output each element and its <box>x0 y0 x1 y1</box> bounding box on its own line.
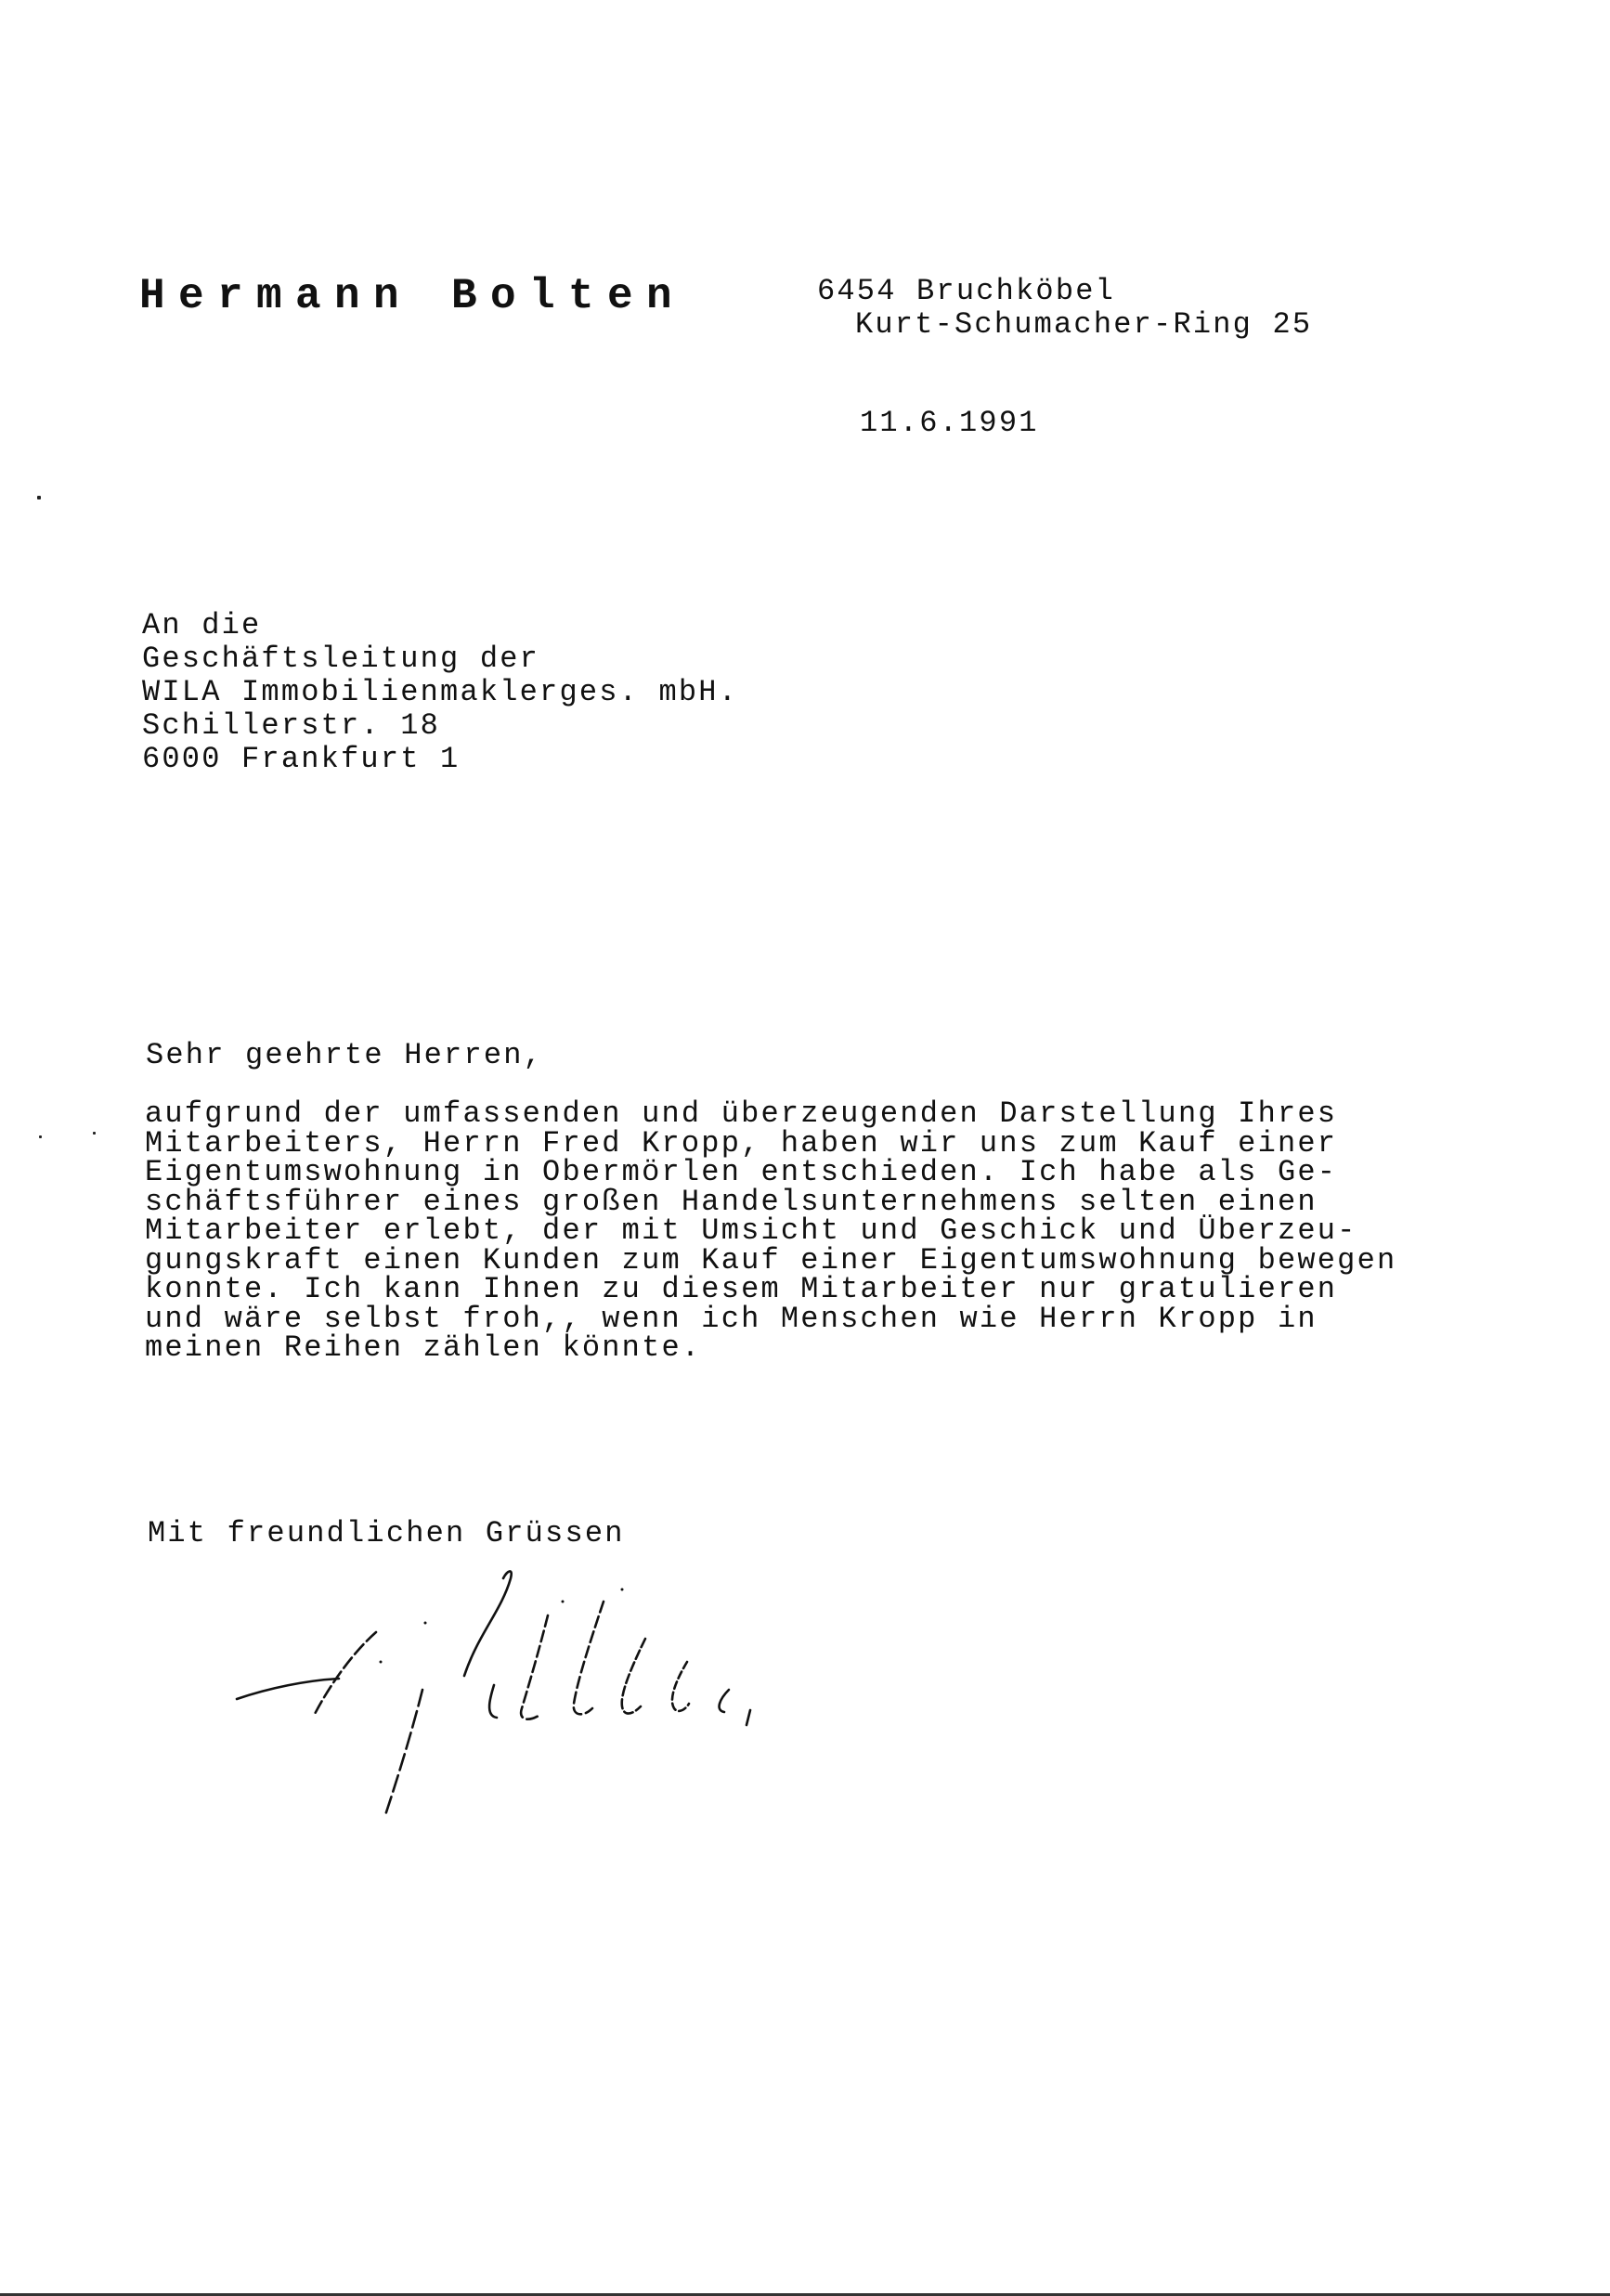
body-line: aufgrund der umfassenden und überzeugend… <box>145 1099 1396 1129</box>
recipient-line: An die <box>142 609 738 642</box>
sender-address-city: 6454 Bruchköbel <box>817 277 1115 306</box>
recipient-line: WILA Immobilienmaklerges. mbH. <box>142 676 738 709</box>
body-line: Mitarbeiter erlebt, der mit Umsicht und … <box>145 1216 1396 1246</box>
recipient-address: An die Geschäftsleitung der WILA Immobil… <box>142 609 738 776</box>
sender-address-street: Kurt-Schumacher-Ring 25 <box>855 310 1312 340</box>
handwritten-signature-icon <box>232 1560 771 1820</box>
letter-page: Hermann Bolten 6454 Bruchköbel Kurt-Schu… <box>0 0 1610 2296</box>
letter-body: aufgrund der umfassenden und überzeugend… <box>145 1099 1396 1363</box>
sender-name: Hermann Bolten <box>139 275 685 318</box>
body-line: schäftsführer eines großen Handelsuntern… <box>145 1187 1396 1217</box>
body-line: und wäre selbst froh,, wenn ich Menschen… <box>145 1304 1396 1334</box>
body-line: Mitarbeiters, Herrn Fred Kropp, haben wi… <box>145 1129 1396 1159</box>
scan-speck <box>93 1132 96 1135</box>
recipient-city: 6000 Frankfurt 1 <box>142 743 738 776</box>
letter-date: 11.6.1991 <box>860 409 1039 438</box>
scan-speck <box>39 1135 42 1138</box>
scan-speck <box>37 496 41 499</box>
body-line: Eigentumswohnung in Obermörlen entschied… <box>145 1158 1396 1187</box>
recipient-line: Schillerstr. 18 <box>142 709 738 743</box>
salutation: Sehr geehrte Herren, <box>146 1041 543 1070</box>
body-line: meinen Reihen zählen könnte. <box>145 1333 1396 1363</box>
closing: Mit freundlichen Grüssen <box>148 1519 625 1549</box>
body-line: konnte. Ich kann Ihnen zu diesem Mitarbe… <box>145 1275 1396 1304</box>
recipient-line: Geschäftsleitung der <box>142 642 738 676</box>
body-line: gungskraft einen Kunden zum Kauf einer E… <box>145 1246 1396 1276</box>
